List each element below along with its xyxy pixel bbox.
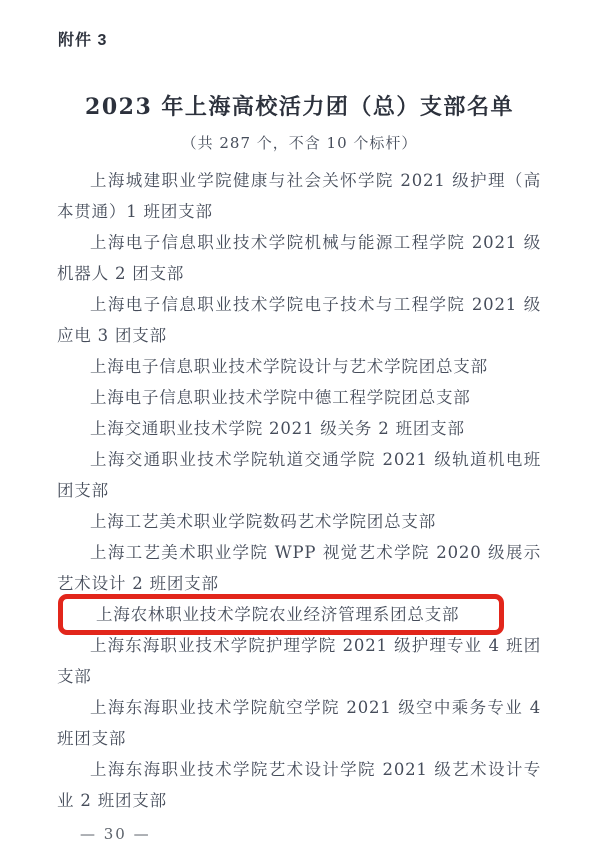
list-item-highlighted: 上海农林职业技术学院农业经济管理系团总支部 (63, 599, 499, 630)
attachment-label: 附件 3 (58, 27, 107, 50)
list-item: 上海东海职业技术学院航空学院 2021 级空中乘务专业 4 班团支部 (57, 692, 541, 754)
list-item: 上海东海职业技术学院艺术设计学院 2021 级艺术设计专业 2 班团支部 (57, 754, 541, 816)
page-number: — 30 — (80, 825, 151, 843)
highlight-box: 上海农林职业技术学院农业经济管理系团总支部 (58, 594, 504, 635)
list-item: 上海电子信息职业技术学院设计与艺术学院团总支部 (57, 351, 541, 382)
list-item: 上海电子信息职业技术学院机械与能源工程学院 2021 级机器人 2 团支部 (57, 227, 541, 289)
list-item: 上海电子信息职业技术学院电子技术与工程学院 2021 级应电 3 团支部 (57, 289, 541, 351)
list-item: 上海交通职业技术学院 2021 级关务 2 班团支部 (57, 413, 541, 444)
list-item: 上海工艺美术职业学院数码艺术学院团总支部 (57, 506, 541, 537)
page-subtitle: （共 287 个，不含 10 个标杆） (0, 132, 599, 153)
list-item: 上海工艺美术职业学院 WPP 视觉艺术学院 2020 级展示艺术设计 2 班团支… (57, 537, 541, 599)
list-item: 上海交通职业技术学院轨道交通学院 2021 级轨道机电班团支部 (57, 444, 541, 506)
document-page: 附件 3 2023 年上海高校活力团（总）支部名单 （共 287 个，不含 10… (0, 0, 599, 867)
list-item: 上海电子信息职业技术学院中德工程学院团总支部 (57, 382, 541, 413)
branch-list: 上海城建职业学院健康与社会关怀学院 2021 级护理（高本贯通）1 班团支部上海… (57, 165, 541, 816)
list-item: 上海东海职业技术学院护理学院 2021 级护理专业 4 班团支部 (57, 630, 541, 692)
list-item: 上海城建职业学院健康与社会关怀学院 2021 级护理（高本贯通）1 班团支部 (57, 165, 541, 227)
page-title: 2023 年上海高校活力团（总）支部名单 (0, 90, 599, 121)
